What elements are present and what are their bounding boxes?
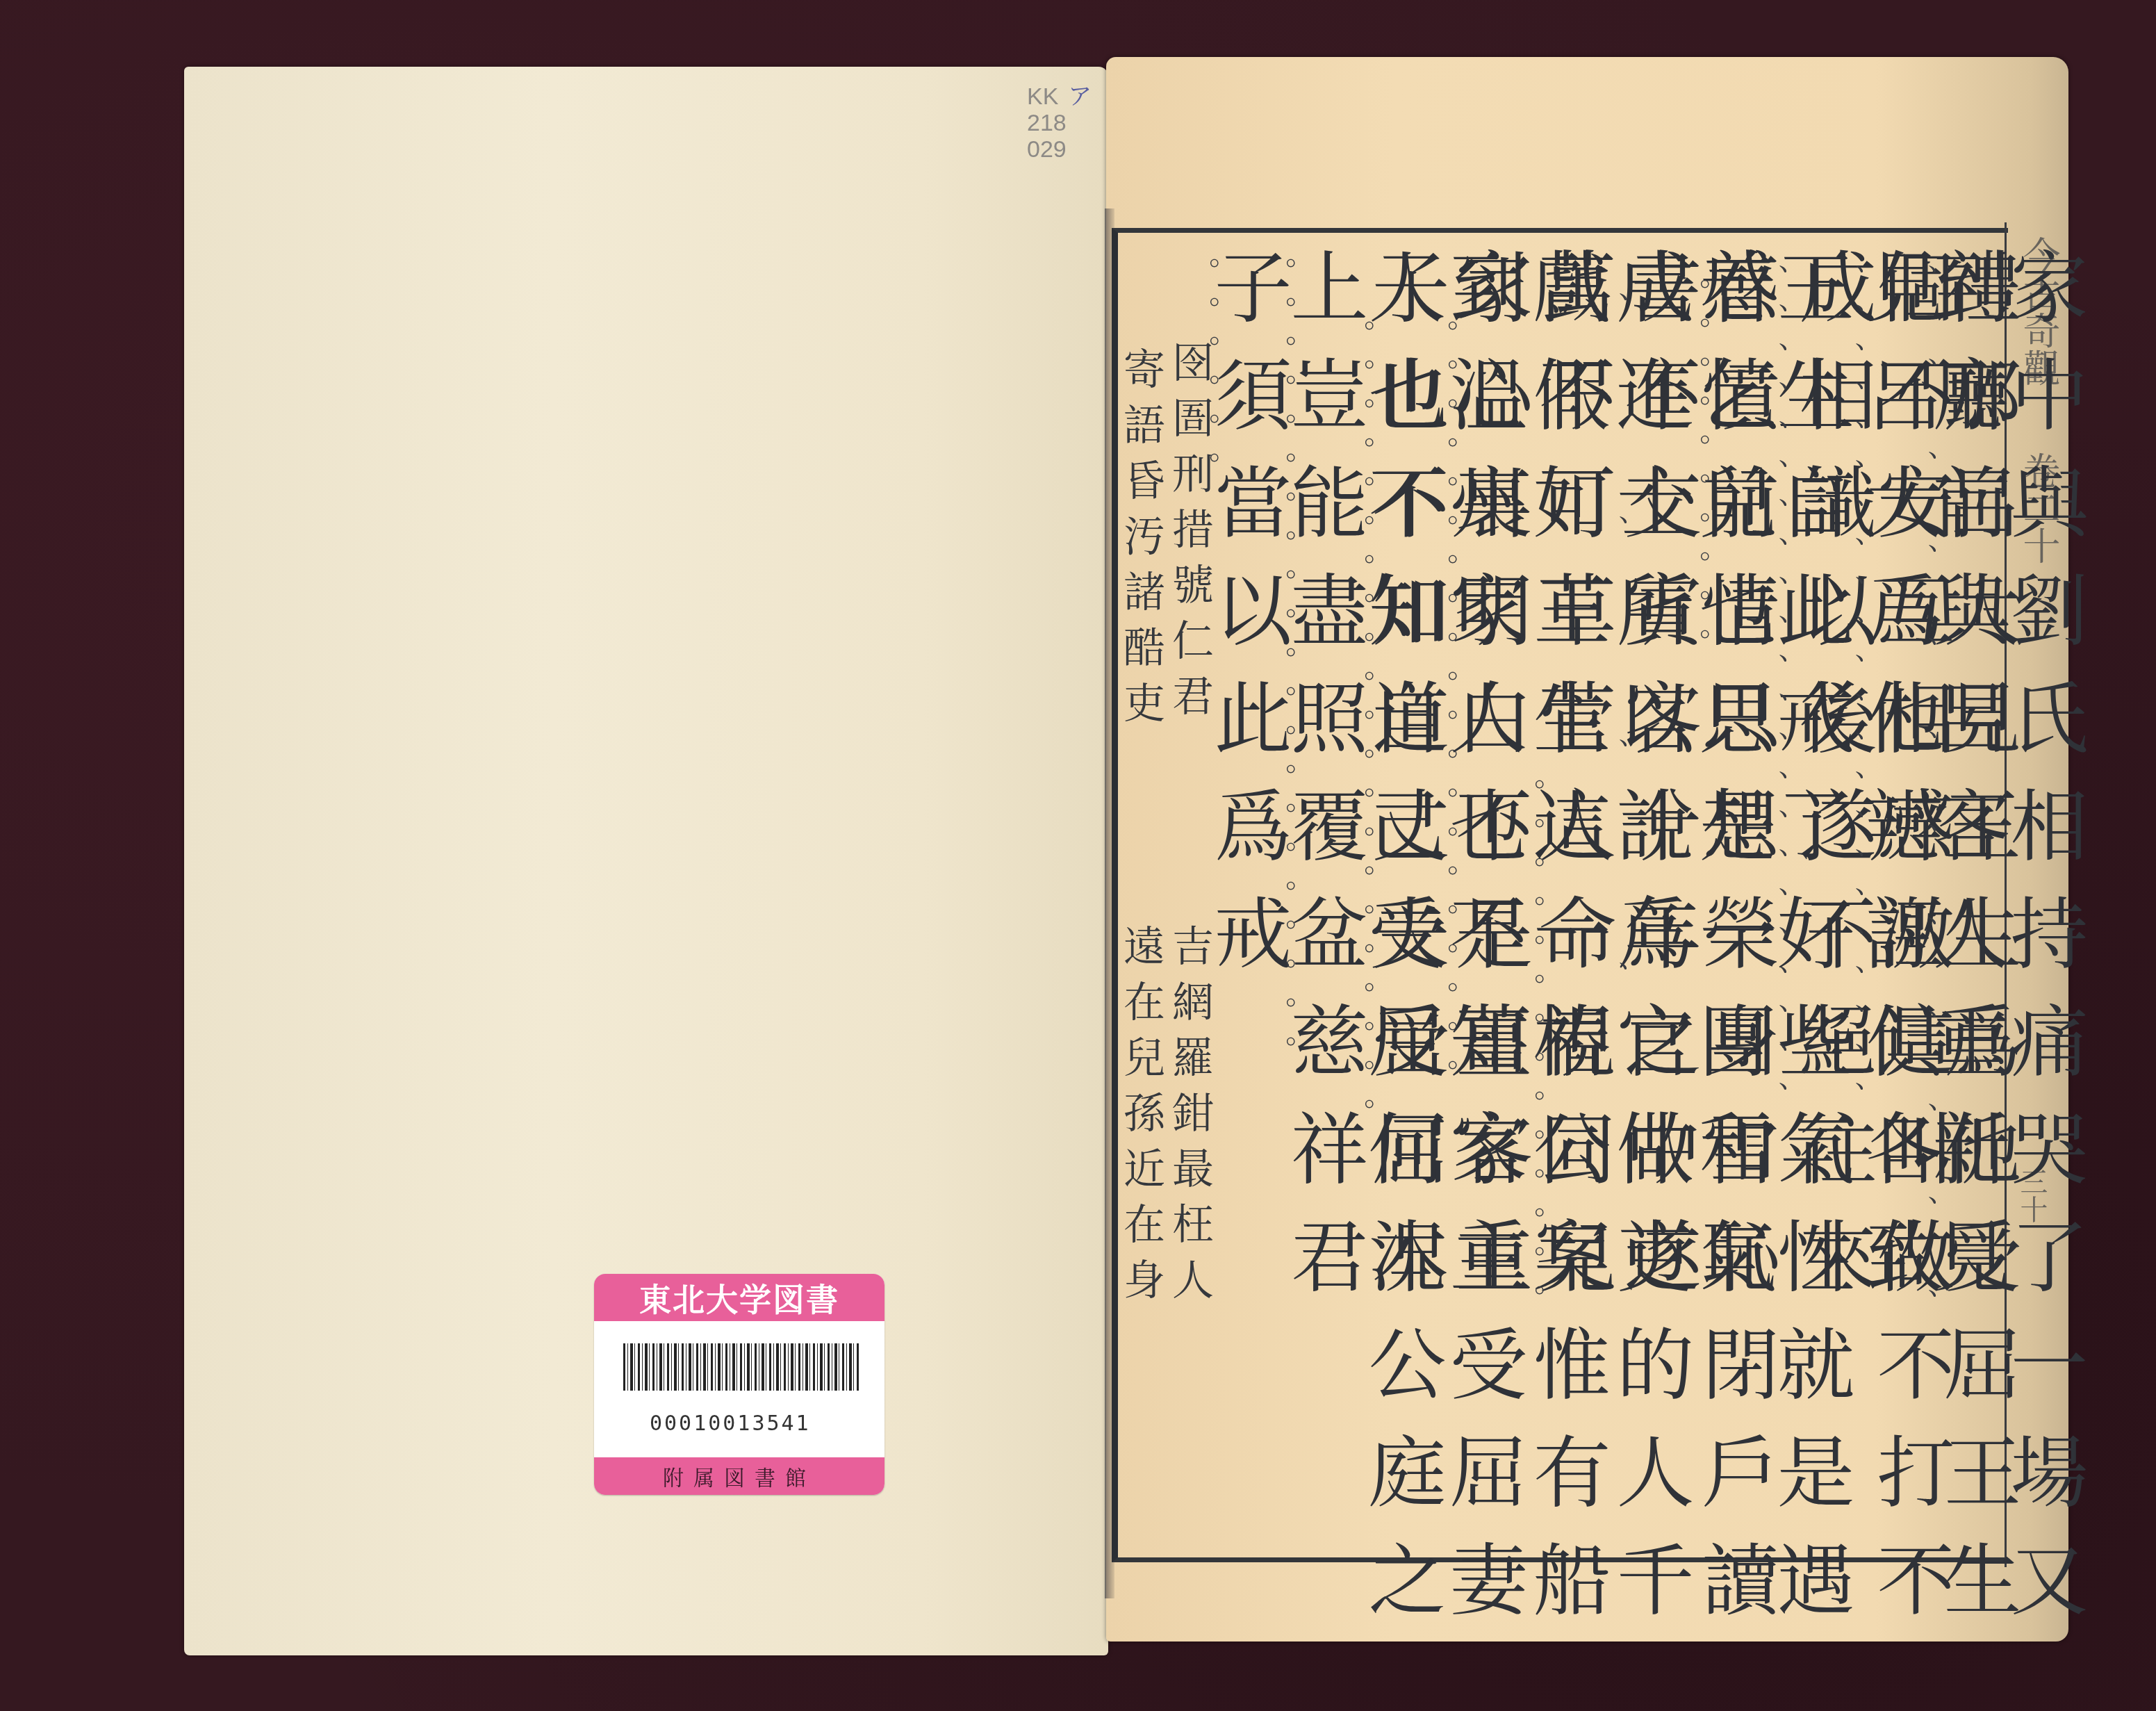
poem-line-4: 遠在兒孫近在身 xyxy=(1120,924,1162,1313)
marks-column-1: 、、、、、、、、、、、、 xyxy=(1907,264,1936,1396)
poem-line-3: 吉網羅鉗最枉人 xyxy=(1169,924,1210,1313)
handwritten-call-number: KKア 218 029 xyxy=(1027,83,1103,163)
barcode-icon xyxy=(623,1343,859,1391)
label-header: 東北大学図書 xyxy=(594,1274,884,1321)
call-number-mark: ア xyxy=(1068,83,1092,110)
poem-line-2: 寄語昏汚諸酷吏 xyxy=(1120,347,1162,737)
marks-column-9: 。。。。。。。。。。。。。。。。。。。。。 xyxy=(1266,257,1295,1089)
library-barcode-label: 東北大学図書 00010013541 附属図書館 xyxy=(594,1274,884,1495)
call-number-line2: 218 xyxy=(1027,110,1103,136)
barcode-number: 00010013541 xyxy=(594,1411,884,1436)
call-number-line3: 029 xyxy=(1027,136,1103,163)
marks-column-5: 、、、、 xyxy=(1598,292,1627,1199)
marks-column-2: 、、、、、、、、、、、、、、、、、、、、、、 xyxy=(1834,264,1863,1135)
marks-column-4: 。。。。。。。。。。 xyxy=(1680,278,1709,682)
call-number-line1: KK xyxy=(1027,83,1058,110)
marks-column-3: 、、、、、、、、、、、、、、、、、、、、、、 xyxy=(1758,264,1787,1135)
marks-column-7: 。。。。。。。。。。。。。。。。。。。。 xyxy=(1428,320,1457,1113)
marks-column-8: 。。。。。。。。。。。。。。。。。。。。。 xyxy=(1344,320,1374,1152)
marks-column-6: 。。。。。。。。。。。。。。 xyxy=(1515,778,1544,1338)
poem-line-1: 囹圄刑措號仁君 xyxy=(1169,341,1210,730)
label-footer: 附属図書館 xyxy=(594,1457,884,1495)
